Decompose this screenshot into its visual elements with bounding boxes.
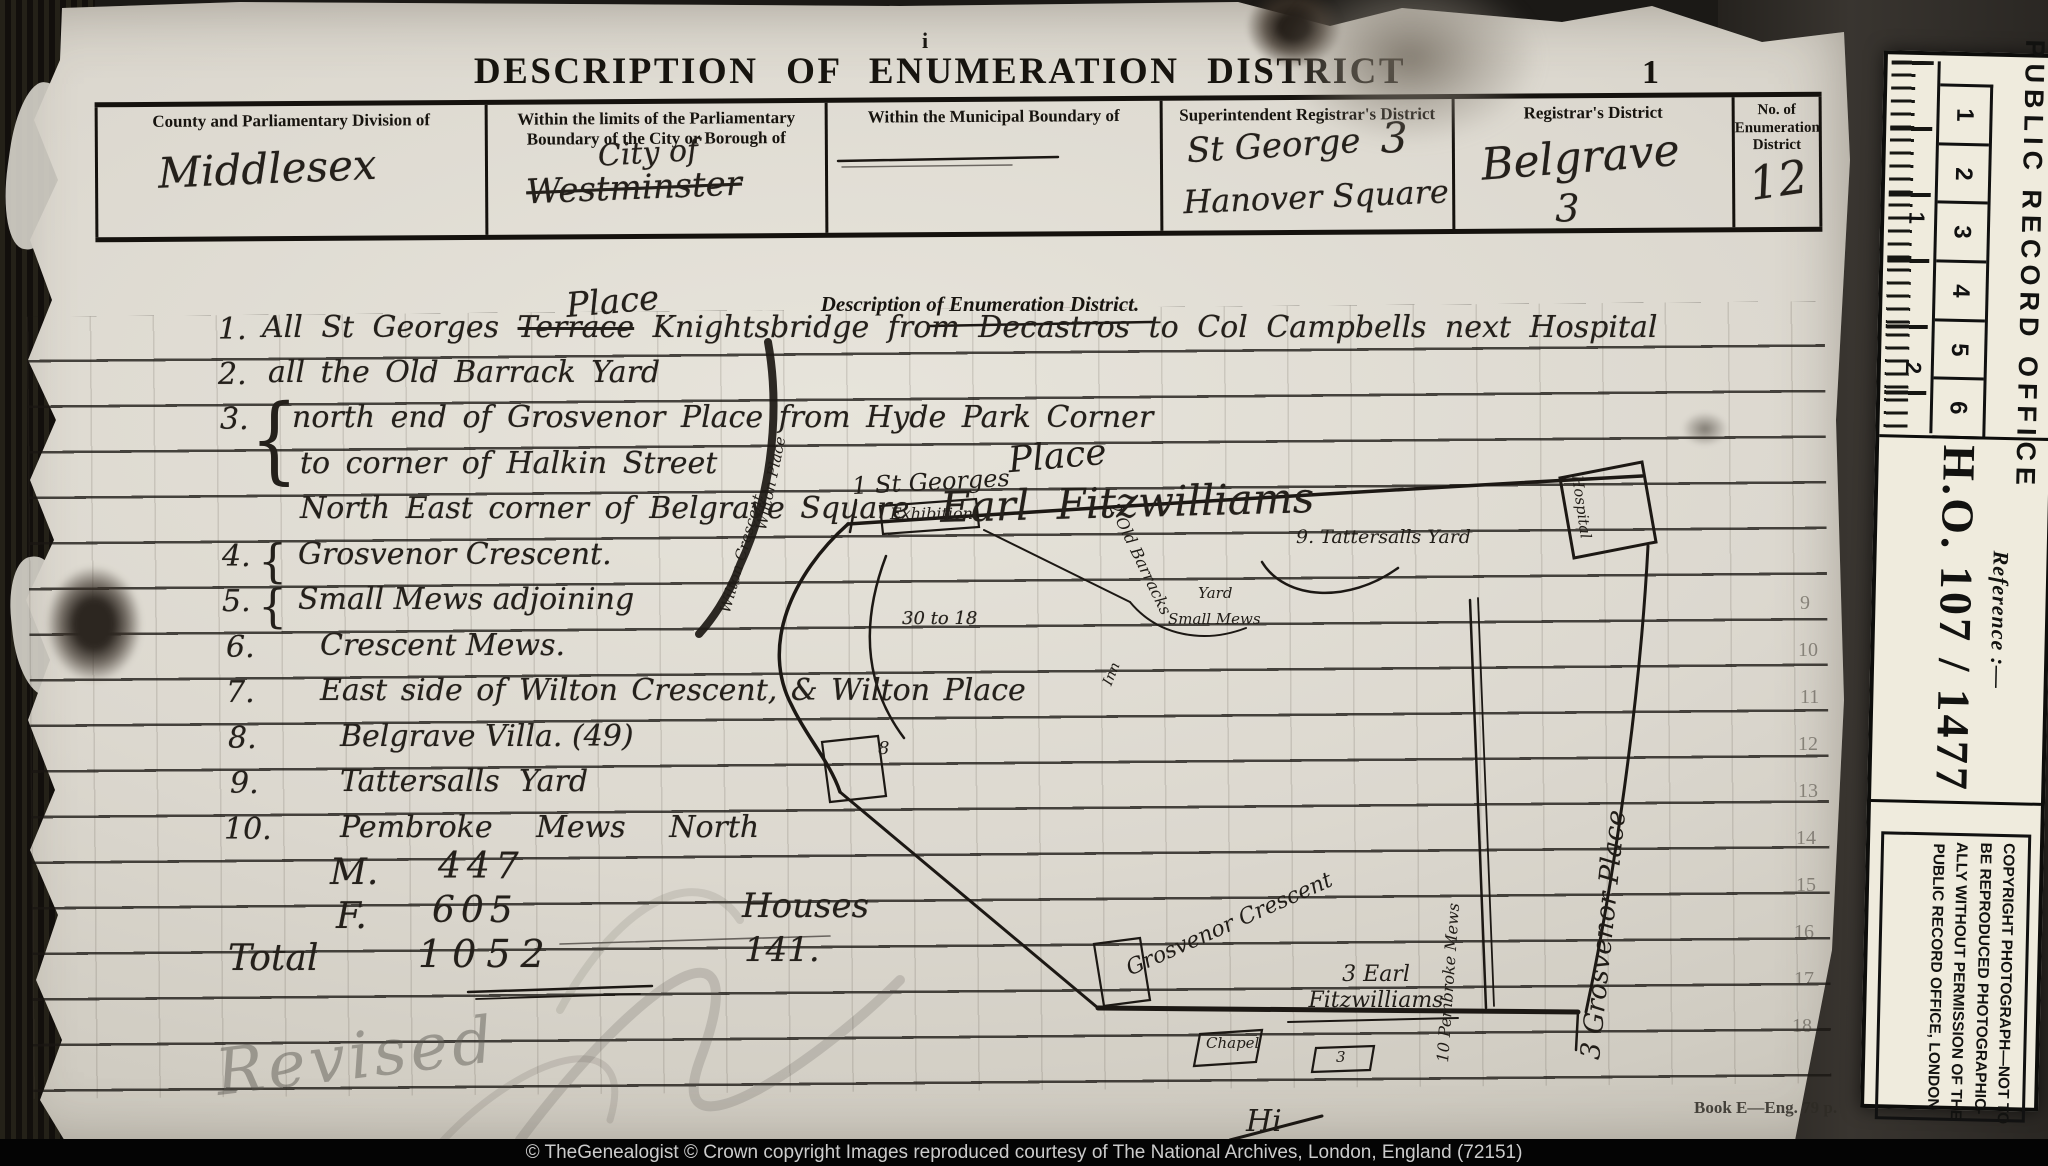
description-line-3: north end of Grosvenor Place from Hyde P… [292, 400, 1153, 435]
description-line-5: Small Mews adjoining [298, 582, 634, 617]
line1-struck-word: Terrace [518, 310, 635, 345]
total-label: Total [228, 938, 318, 979]
image-credit-bar: © TheGenealogist © Crown copyright Image… [0, 1139, 2048, 1166]
ruler-segment: 5 [1934, 321, 1985, 381]
ruler-segment-number: 4 [1946, 284, 1974, 298]
description-line-7: East side of Wilton Crescent, & Wilton P… [320, 673, 1026, 708]
margin-row-number: 18 [1792, 1015, 1812, 1038]
margin-row-number: 14 [1796, 827, 1816, 850]
header-col-county: County and Parliamentary Division of Mid… [95, 105, 486, 237]
map-label-box-three: 3 [1336, 1048, 1346, 1066]
reference-value: H.O. 107 / 1477 [1924, 388, 1987, 849]
description-line-3b: to corner of Halkin Street [300, 446, 717, 481]
description-line-1: All St Georges Terrace Knightsbridge fro… [262, 310, 1657, 345]
houses-count: 141. [744, 930, 820, 970]
registrar-value-name: Belgrave [1479, 125, 1681, 191]
ruler-segments: 1 2 3 4 5 6 [1932, 83, 1993, 439]
county-label: County and Parliamentary Division of [98, 105, 485, 132]
line-number: 7. [226, 675, 255, 710]
line6-note: 30 to 18 [902, 608, 977, 629]
scanned-census-page: i DESCRIPTION OF ENUMERATION DISTRICT 1 … [0, 0, 2048, 1166]
ruler-segment-number: 1 [1950, 108, 1978, 122]
ruler-segment-number: 3 [1948, 225, 1976, 239]
map-label-eight: 8 [878, 738, 889, 759]
map-label-hi: Hi [1246, 1104, 1282, 1139]
line-number: 5. [222, 584, 251, 619]
map-label-tattersalls-yard: 9. Tattersalls Yard [1296, 526, 1471, 548]
enum-no-label-line2: Enumeration [1735, 119, 1819, 137]
ruler-ticks [1883, 60, 1940, 433]
ruler-inch-number: 1 [1903, 211, 1929, 224]
line-number: 8. [228, 721, 257, 756]
ruler-segment: 1 [1939, 86, 1990, 146]
margin-row-number: 16 [1794, 921, 1814, 944]
male-label: M. [330, 852, 378, 893]
map-label-earl-fitzwilliams: 3 Earl Fitzwilliams [1286, 962, 1466, 1015]
description-line-9: Tattersalls Yard [340, 764, 588, 799]
line1-pre: All St Georges [262, 310, 518, 345]
male-count: 447 [438, 846, 525, 887]
ruler-inch-number: 2 [1900, 361, 1926, 374]
ruler-segment: 4 [1935, 262, 1986, 322]
margin-row-number: 11 [1800, 686, 1819, 709]
page-number: 1 [1642, 54, 1659, 92]
header-col-enum-no: No. of Enumeration District 12 [1732, 97, 1823, 228]
superintendent-value-name: St George [1186, 121, 1362, 171]
map-label-exhibition: Exhibition [890, 504, 973, 523]
line1-post: Knightsbridge from Decastros to Col Camp… [634, 310, 1657, 345]
registrar-value-num: 3 [1555, 186, 1579, 230]
map-label-small-mews: Small Mews [1168, 610, 1261, 628]
map-label-yard: Yard [1198, 584, 1232, 602]
header-col-superintendent: Superintendent Registrar's District St G… [1160, 99, 1453, 231]
public-record-office-card: 1 2 1 2 3 4 5 6 PUBLIC RECORD OFFICE Ref… [1860, 50, 2048, 1112]
line-number: 9. [230, 766, 259, 801]
line-number: 2. [218, 357, 247, 392]
county-value: Middlesex [157, 140, 377, 198]
line-number: 10. [224, 812, 272, 847]
book-imprint-label: Book E—Eng. 79 p. [1694, 1098, 1837, 1118]
map-label-place: Place [1006, 432, 1108, 481]
description-line-2: all the Old Barrack Yard [268, 355, 660, 390]
image-credit-text: © TheGenealogist © Crown copyright Image… [526, 1142, 1523, 1163]
municipal-label: Within the Municipal Boundary of [828, 101, 1160, 128]
description-line-4: Grosvenor Crescent. [298, 537, 612, 572]
brace: { [258, 579, 287, 633]
header-table: County and Parliamentary Division of Mid… [95, 92, 1823, 243]
ruler-segment: 3 [1936, 204, 1987, 264]
line-number: 4. [222, 539, 251, 574]
description-line-8: Belgrave Villa. (49) [340, 719, 634, 754]
header-col-registrar: Registrar's District Belgrave 3 [1452, 97, 1733, 229]
margin-row-number: 12 [1798, 733, 1818, 756]
female-label: F. [336, 896, 367, 937]
municipal-blank-dash: — [889, 138, 1032, 169]
line-number: 1. [218, 312, 247, 347]
ruler-segment-number: 2 [1949, 166, 1977, 180]
description-line-10: Pembroke Mews North [340, 810, 759, 845]
header-col-municipal: Within the Municipal Boundary of — [825, 101, 1161, 233]
superintendent-value-num: 3 [1381, 113, 1408, 162]
page-title: DESCRIPTION OF ENUMERATION DISTRICT [410, 50, 1470, 93]
description-line-6: Crescent Mews. [320, 628, 565, 663]
registrar-label: Registrar's District [1455, 97, 1732, 124]
total-count: 1052 [418, 932, 555, 976]
line-number: 3. [220, 402, 249, 437]
reference-block: Reference :— H.O. 107 / 1477 [1877, 387, 2017, 850]
margin-row-number: 9 [1800, 592, 1810, 615]
map-label-chapel: Chapel [1206, 1034, 1259, 1052]
female-count: 605 [432, 890, 519, 931]
margin-row-number: 15 [1796, 874, 1816, 897]
margin-row-number: 13 [1798, 780, 1818, 803]
enum-no-value: 12 [1745, 149, 1811, 211]
ruler-segment: 2 [1938, 145, 1989, 205]
description-line-3c: North East corner of Belgrave Square [300, 491, 909, 526]
parl-value-line2: Westminster [525, 164, 742, 213]
houses-label: Houses [742, 886, 869, 926]
header-col-parliamentary: Within the limits of the Parliamentary B… [485, 103, 826, 235]
line-number: 6. [226, 630, 255, 665]
reference-label: Reference :— [1981, 390, 2017, 850]
margin-row-number: 10 [1798, 639, 1818, 662]
copyright-notice: COPYRIGHT PHOTOGRAPH—NOT TO BE REPRODUCE… [1875, 831, 2031, 1122]
margin-row-number: 17 [1794, 968, 1814, 991]
enum-no-label-line1: No. of [1735, 97, 1819, 120]
superintendent-label: Superintendent Registrar's District [1163, 99, 1452, 126]
superintendent-value-line2: Hanover Square [1183, 172, 1450, 221]
ruler-segment-number: 5 [1945, 342, 1973, 356]
